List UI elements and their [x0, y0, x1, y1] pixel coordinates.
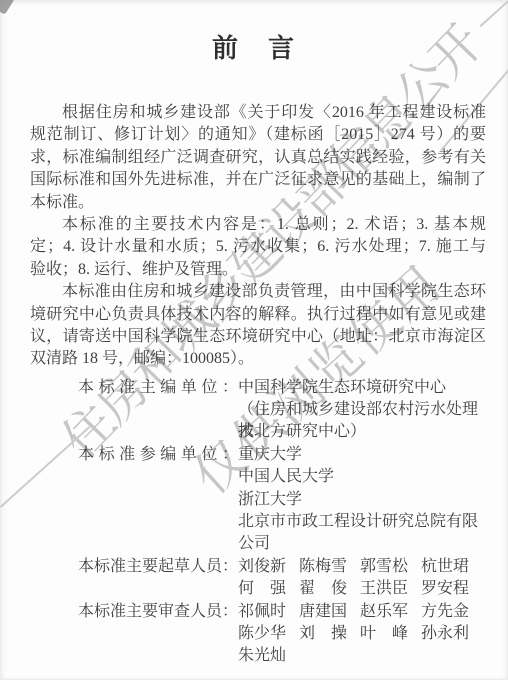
foreword-line: 境研究中心负责具体技术内容的解释。执行过程中如有意见或建 — [30, 304, 486, 326]
person-name: 孙永利 — [421, 623, 472, 645]
person-name: 何 强 — [238, 578, 289, 600]
person-name: 刘俊新 — [238, 556, 289, 578]
foreword-body: 根据住房和城乡建设部《关于印发〈2016 年工程建设标准 规范制订、修订计划〉的… — [30, 102, 486, 668]
credit-label: 本标准参编单位： — [78, 444, 238, 466]
person-name: 翟 俊 — [299, 578, 350, 600]
credit-row-reviewers: 本标准主要审查人员： 祁佩时 唐建国 赵乐军 方先金 陈少华 刘 操 叶 峰 孙… — [30, 601, 486, 668]
foreword-line: 验收；8. 运行、维护及管理。 — [30, 259, 486, 281]
person-name: 刘 操 — [299, 623, 350, 645]
person-name: 唐建国 — [299, 601, 350, 623]
person-name: 陈少华 — [238, 623, 289, 645]
credit-line: 公司 — [238, 533, 480, 555]
foreword-line: 国际标准和国外先进标准，并在广泛征求意见的基础上，编制了 — [30, 169, 486, 191]
foreword-line: 双清路 18 号，邮编：100085）。 — [30, 348, 486, 370]
foreword-line: 议，请寄送中国科学院生态环境研究中心（地址：北京市海淀区 — [30, 326, 486, 348]
foreword-line: 本标准由住房和城乡建设部负责管理，由中国科学院生态环 — [30, 281, 486, 303]
foreword-line: 本标准的主要技术内容是：1. 总则；2. 术语；3. 基本规 — [30, 214, 486, 236]
credit-line: 中国人民大学 — [238, 466, 480, 488]
person-name: 陈梅雪 — [299, 556, 350, 578]
credits-block: 本标准主编单位： 中国科学院生态环境研究中心 （住房和城乡建设部农村污水处理技 … — [30, 377, 486, 668]
person-name: 杭世珺 — [421, 556, 472, 578]
person-name: 罗安程 — [421, 578, 472, 600]
credit-label: 本标准主要审查人员： — [78, 601, 238, 623]
person-name: 方先金 — [421, 601, 472, 623]
credit-label: 本标准主编单位： — [78, 377, 238, 399]
page-title: 前 言 — [0, 33, 508, 64]
credit-content: 祁佩时 唐建国 赵乐军 方先金 陈少华 刘 操 叶 峰 孙永利 朱光灿 — [238, 601, 486, 668]
person-name: 祁佩时 — [238, 601, 289, 623]
name-row: 朱光灿 — [238, 645, 480, 667]
document-page: 住房和城乡建设部信息公开 仅供浏览使用 前 言 根据住房和城乡建设部《关于印发〈… — [0, 0, 508, 680]
name-row: 刘俊新 陈梅雪 郭雪松 杭世珺 — [238, 556, 480, 578]
credit-line: 术北方研究中心） — [238, 421, 480, 443]
name-row: 祁佩时 唐建国 赵乐军 方先金 — [238, 601, 480, 623]
foreword-line: 规范制订、修订计划〉的通知》（建标函［2015］274 号）的要 — [30, 124, 486, 146]
credit-content: 刘俊新 陈梅雪 郭雪松 杭世珺 何 强 翟 俊 王洪臣 罗安程 — [238, 556, 486, 601]
credit-line: 北京市市政工程设计研究总院有限 — [238, 511, 480, 533]
person-name: 赵乐军 — [360, 601, 411, 623]
credit-label: 本标准主要起草人员： — [78, 556, 238, 578]
name-row: 陈少华 刘 操 叶 峰 孙永利 — [238, 623, 480, 645]
credit-row-chief-editing-unit: 本标准主编单位： 中国科学院生态环境研究中心 （住房和城乡建设部农村污水处理技 … — [30, 377, 486, 444]
credit-row-participating-units: 本标准参编单位： 重庆大学 中国人民大学 浙江大学 北京市市政工程设计研究总院有… — [30, 444, 486, 556]
credit-line: 重庆大学 — [238, 444, 480, 466]
person-name: 叶 峰 — [360, 623, 411, 645]
foreword-line: 本标准。 — [30, 192, 486, 214]
credit-content: 重庆大学 中国人民大学 浙江大学 北京市市政工程设计研究总院有限 公司 — [238, 444, 486, 556]
credit-line: 浙江大学 — [238, 489, 480, 511]
name-row: 何 强 翟 俊 王洪臣 罗安程 — [238, 578, 480, 600]
person-name: 朱光灿 — [238, 645, 289, 667]
foreword-line: 根据住房和城乡建设部《关于印发〈2016 年工程建设标准 — [30, 102, 486, 124]
foreword-line: 定；4. 设计水量和水质；5. 污水收集；6. 污水处理；7. 施工与 — [30, 236, 486, 258]
scan-corner-smudge — [0, 0, 15, 15]
person-name: 郭雪松 — [360, 556, 411, 578]
credit-row-drafters: 本标准主要起草人员： 刘俊新 陈梅雪 郭雪松 杭世珺 何 强 翟 俊 王洪臣 罗… — [30, 556, 486, 601]
credit-line: 中国科学院生态环境研究中心 — [238, 377, 480, 399]
foreword-line: 求，标准编制组经广泛调查研究，认真总结实践经验，参考有关 — [30, 147, 486, 169]
credit-content: 中国科学院生态环境研究中心 （住房和城乡建设部农村污水处理技 术北方研究中心） — [238, 377, 486, 444]
watermark-diagonal-line-corner — [479, 0, 508, 27]
credit-line: （住房和城乡建设部农村污水处理技 — [238, 399, 480, 421]
person-name: 王洪臣 — [360, 578, 411, 600]
